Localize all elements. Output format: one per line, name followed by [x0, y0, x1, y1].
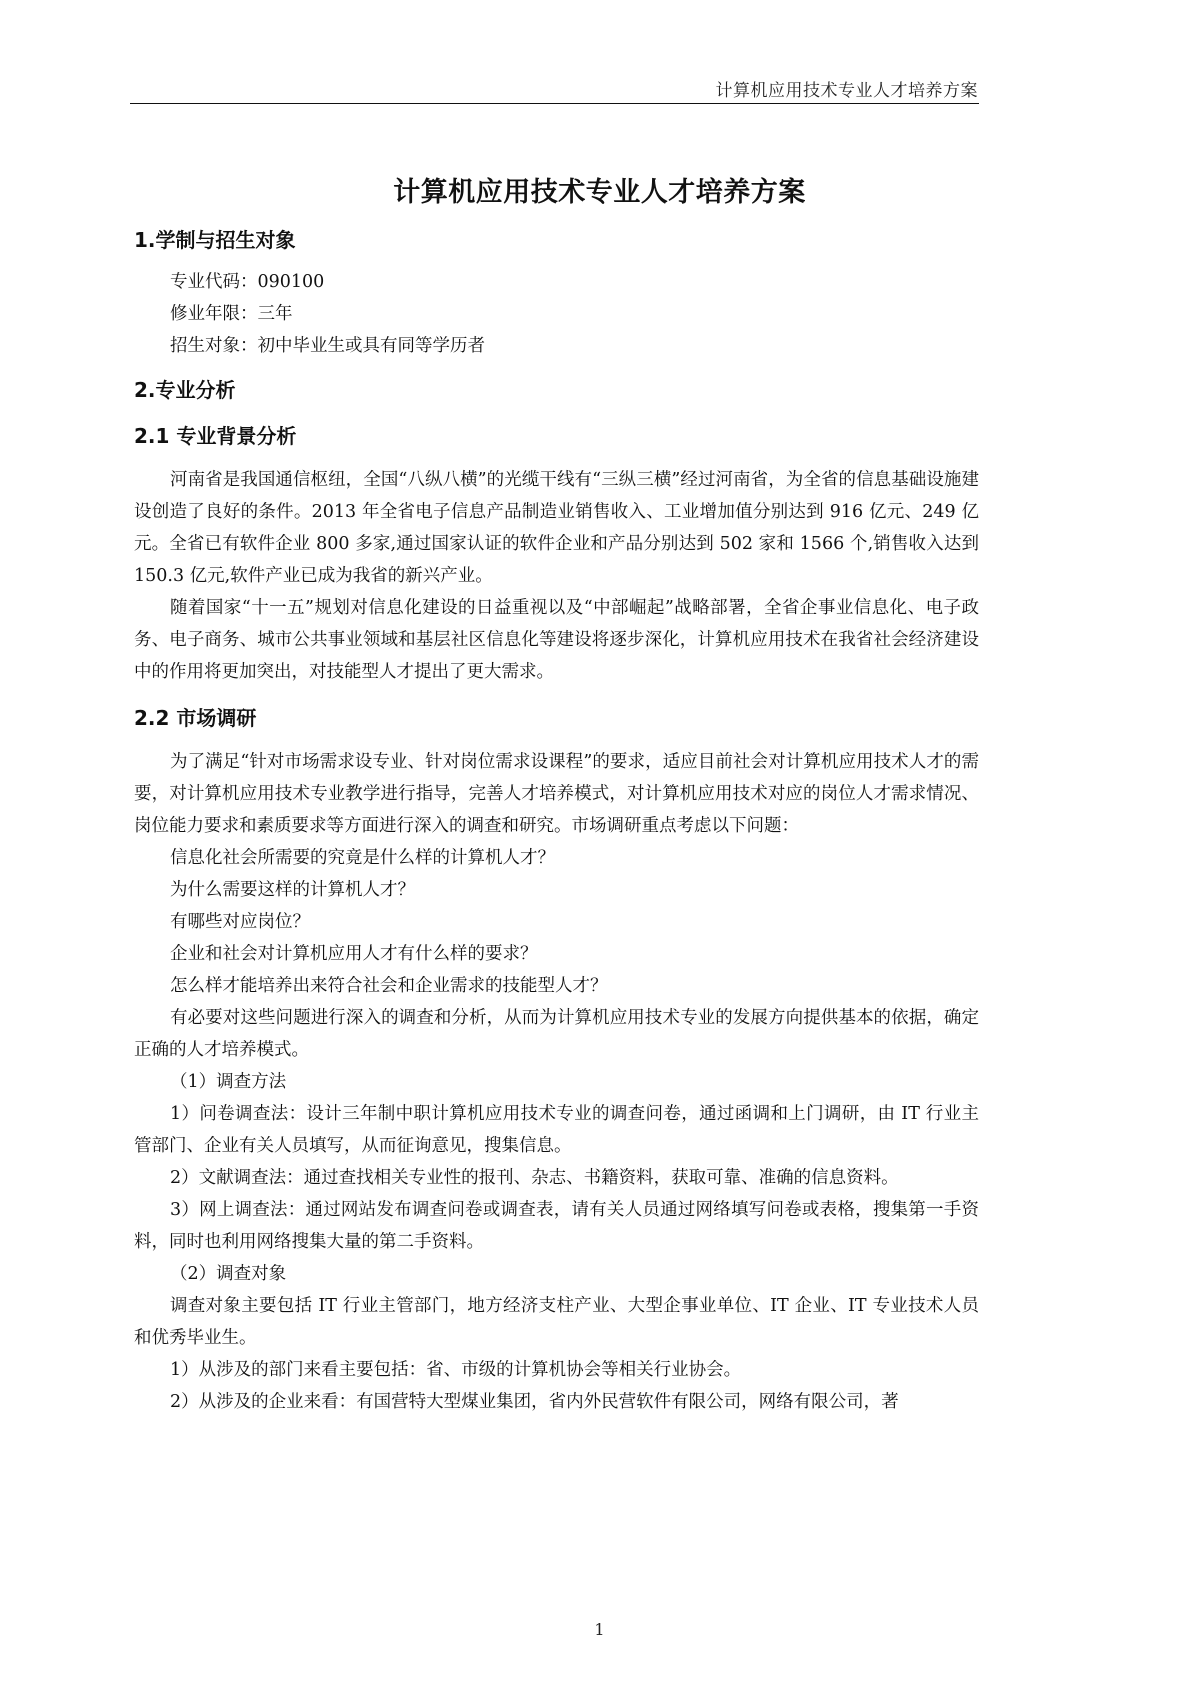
target-item: 1）从涉及的部门来看主要包括：省、市级的计算机协会等相关行业协会。 — [134, 1354, 979, 1386]
method-item: 1）问卷调查法：设计三年制中职计算机应用技术专业的调查问卷，通过函调和上门调研，… — [134, 1098, 979, 1162]
paragraph-market-conclusion: 有必要对这些问题进行深入的调查和分析，从而为计算机应用技术专业的发展方向提供基本… — [134, 1002, 979, 1066]
paragraph-market-intro: 为了满足“针对市场需求设专业、针对岗位需求设课程”的要求，适应目前社会对计算机应… — [134, 746, 979, 842]
question-item: 企业和社会对计算机应用人才有什么样的要求？ — [134, 938, 979, 970]
header-rule — [130, 103, 979, 104]
question-item: 为什么需要这样的计算机人才？ — [134, 874, 979, 906]
document-page: 计算机应用技术专业人才培养方案 计算机应用技术专业人才培养方案 1.学制与招生对… — [0, 0, 1199, 1696]
subheading-survey-targets: （2）调查对象 — [134, 1258, 979, 1290]
section-heading-1: 1.学制与招生对象 — [134, 222, 979, 258]
subheading-survey-methods: （1）调查方法 — [134, 1066, 979, 1098]
paragraph-targets-intro: 调查对象主要包括 IT 行业主管部门，地方经济支柱产业、大型企事业单位、IT 企… — [134, 1290, 979, 1354]
question-item: 信息化社会所需要的究竟是什么样的计算机人才？ — [134, 842, 979, 874]
info-line-major-code: 专业代码：090100 — [134, 266, 979, 298]
paragraph-background-1: 河南省是我国通信枢纽，全国“八纵八横”的光缆干线有“三纵三横”经过河南省，为全省… — [134, 464, 979, 592]
page-number: 1 — [0, 1620, 1199, 1639]
paragraph-background-2: 随着国家“十一五”规划对信息化建设的日益重视以及“中部崛起”战略部署，全省企事业… — [134, 592, 979, 688]
subsection-heading-2-2: 2.2 市场调研 — [134, 698, 979, 738]
method-item: 2）文献调查法：通过查找相关专业性的报刊、杂志、书籍资料，获取可靠、准确的信息资… — [134, 1162, 979, 1194]
running-header: 计算机应用技术专业人才培养方案 — [716, 76, 979, 101]
info-line-enrollment: 招生对象：初中毕业生或具有同等学历者 — [134, 330, 979, 362]
question-item: 怎么样才能培养出来符合社会和企业需求的技能型人才？ — [134, 970, 979, 1002]
info-line-duration: 修业年限：三年 — [134, 298, 979, 330]
subsection-heading-2-1: 2.1 专业背景分析 — [134, 416, 979, 456]
section-heading-2: 2.专业分析 — [134, 372, 979, 408]
target-item: 2）从涉及的企业来看：有国营特大型煤业集团，省内外民营软件有限公司，网络有限公司… — [134, 1386, 979, 1418]
method-item: 3）网上调查法：通过网站发布调查问卷或调查表，请有关人员通过网络填写问卷或表格，… — [134, 1194, 979, 1258]
document-body: 1.学制与招生对象 专业代码：090100 修业年限：三年 招生对象：初中毕业生… — [134, 222, 979, 1418]
document-title: 计算机应用技术专业人才培养方案 — [0, 170, 1199, 209]
question-item: 有哪些对应岗位？ — [134, 906, 979, 938]
